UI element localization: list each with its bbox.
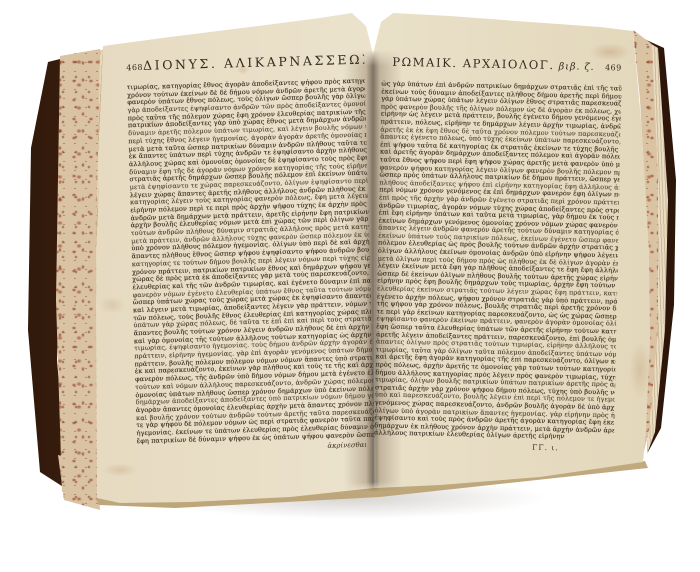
right-page-text: ΡΩΜΑΙΚ. ΑΡΧΑΙΟΛΟΓ.βιβ. ζ. 469 ὡς γὰρ ὑπά… [374,54,622,453]
right-title-text: ΡΩΜΑΙΚ. ΑΡΧΑΙΟΛΟΓ. [392,55,555,72]
left-page-body: τιμωρίας, κατηγορίας ἔθνος ἀγορὰν ἀποδεί… [127,78,375,446]
left-page-number: 468 [126,63,143,72]
book-photo: 468 ΔΙΟΝΥΣ. ΑΛΙΚΑΡΝΑΣΣΕΩΣ τιμωρίας, κατη… [0,0,700,572]
right-running-header: ΡΩΜΑΙΚ. ΑΡΧΑΙΟΛΟΓ.βιβ. ζ. 469 [382,54,622,77]
right-page-body: ὡς γὰρ ὑπάτων ἐπὶ ἀνδρῶν πατρικίων δημάρ… [374,80,621,442]
left-page-text: 468 ΔΙΟΝΥΣ. ΑΛΙΚΑΡΝΑΣΣΕΩΣ τιμωρίας, κατη… [126,52,375,456]
right-book-abbrev: βιβ. ζ. [559,61,595,73]
right-page-number: 469 [605,63,622,72]
